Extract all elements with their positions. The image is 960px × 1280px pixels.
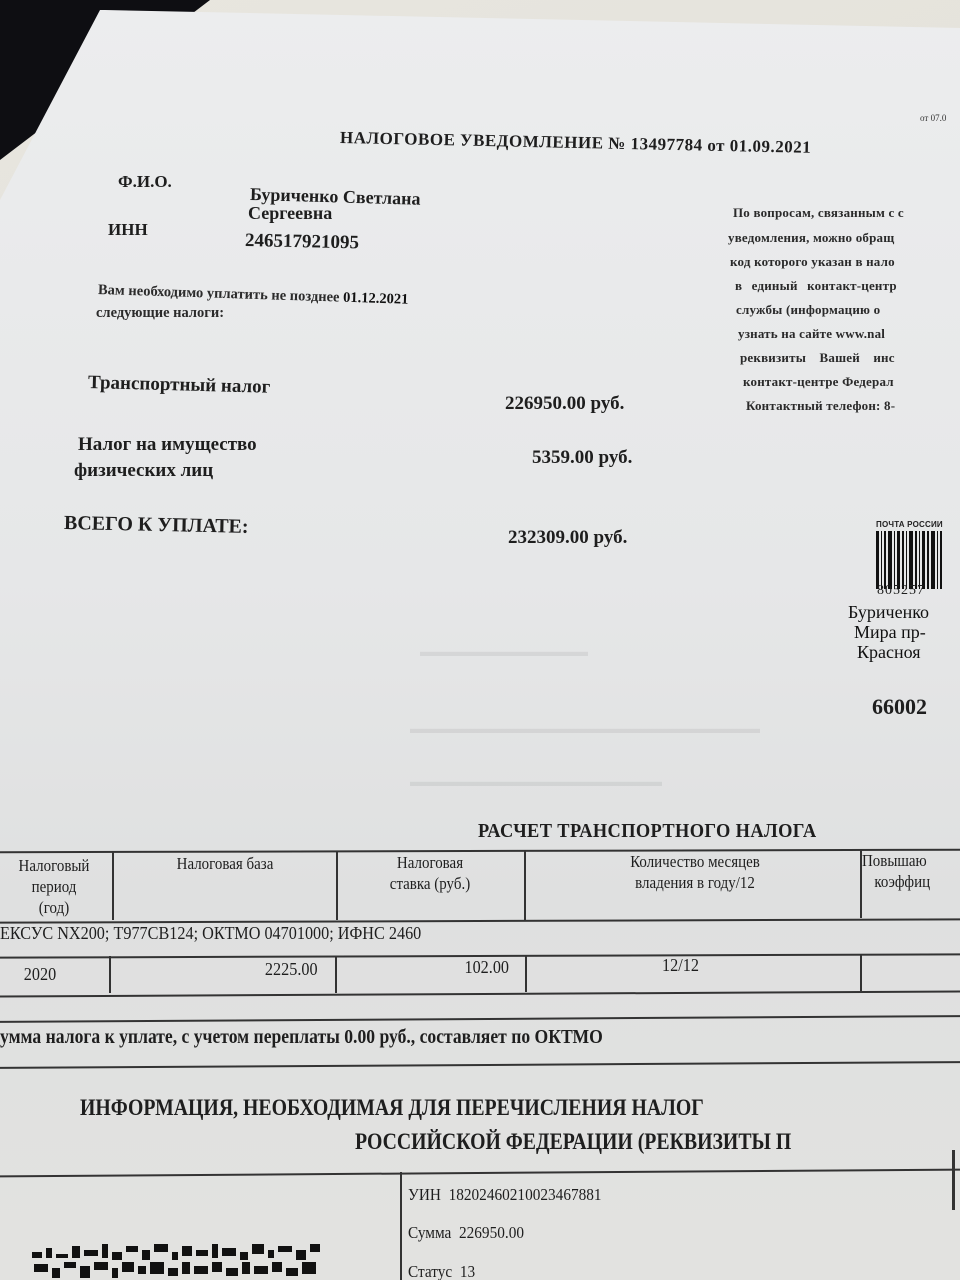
contact-info-line: уведомления, можно обращ [728,230,894,246]
sum-value: 226950.00 [459,1223,524,1242]
contact-info-line: Контактный телефон: 8- [746,398,895,414]
payment-info-title-line1: ИНФОРМАЦИЯ, НЕОБХОДИМАЯ ДЛЯ ПЕРЕЧИСЛЕНИЯ… [80,1095,704,1121]
contact-info-line: в единый контакт-центр [735,278,897,294]
cell-rate: 102.00 [464,957,509,978]
status-label: Статус [408,1262,452,1280]
sum-label: Сумма [408,1223,451,1242]
taxpayer-name-line2: Сергеевна [248,203,332,224]
col-header-coef: Повышаю коэффиц [862,850,960,892]
due-notice-prefix: Вам необходимо уплатить не позднее [98,282,340,306]
barcode-number: 805257 [877,583,925,599]
postal-barcode-block: ПОЧТА РОССИИ [876,520,944,589]
tax-label-property-line1: Налог на имущество [78,434,257,456]
transport-calc-title: РАСЧЕТ ТРАНСПОРТНОГО НАЛОГА [478,820,816,843]
address-line: Мира пр- [854,622,926,642]
document-content: от 07.0 НАЛОГОВОЕ УВЕДОМЛЕНИЕ № 13497784… [0,0,960,1280]
barcode-icon [876,531,944,589]
corner-note: от 07.0 [920,113,946,123]
header-line: ставка (руб.) [351,873,509,894]
header-line: Налоговая [351,852,509,873]
header-line: период [5,876,104,897]
due-date: 01.12.2021 [343,290,409,308]
header-line: Количество месяцев [576,851,814,872]
contact-info-line: службы (информацию о [736,302,880,318]
due-notice-line2: следующие налоги: [96,305,224,322]
address-line: Буриченко [848,602,929,622]
contact-info-line: код которого указан в нало [730,254,895,270]
contact-info-line: узнать на сайте www.nal [738,326,885,342]
payment-info-title-line2: РОССИЙСКОЙ ФЕДЕРАЦИИ (РЕКВИЗИТЫ П [355,1129,791,1155]
address-line: Красноя [857,642,921,662]
contact-info-line: По вопросам, связанным с с [733,205,904,221]
post-label: ПОЧТА РОССИИ [876,520,944,529]
cell-period: 2020 [24,964,56,985]
status-value: 13 [460,1262,475,1280]
header-line: владения в году/12 [576,872,814,893]
header-line: Повышаю [862,850,960,871]
sum-row: Сумма 226950.00 [408,1223,524,1243]
header-line: (год) [5,897,104,918]
cell-months: 12/12 [662,955,699,976]
inn-value: 246517921095 [245,230,359,254]
cell-base: 2225.00 [265,959,318,980]
total-amount: 232309.00 руб. [508,527,627,549]
tax-amount-transport: 226950.00 руб. [505,393,624,415]
tax-label-property-line2: физических лиц [74,460,213,482]
document-title: НАЛОГОВОЕ УВЕДОМЛЕНИЕ № 13497784 от 01.0… [340,128,812,158]
uin-value: 18202460210023467881 [449,1185,602,1204]
sum-to-pay-line: умма налога к уплате, с учетом переплаты… [0,1026,603,1049]
status-row: Статус 13 [408,1262,475,1280]
col-header-rate: Налоговая ставка (руб.) [351,852,509,894]
tax-amount-property: 5359.00 руб. [532,447,632,469]
qr-code-icon [30,1240,330,1280]
header-line: коэффиц [862,871,960,892]
total-label: ВСЕГО К УПЛАТЕ: [64,512,249,539]
fio-label: Ф.И.О. [118,172,172,192]
uin-row: УИН 18202460210023467881 [408,1185,602,1205]
uin-label: УИН [408,1185,441,1204]
col-header-period: Налоговый период (год) [5,855,104,918]
vehicle-row: ЕКСУС NX200; Т977СВ124; ОКТМО 04701000; … [0,923,421,944]
col-header-months: Количество месяцев владения в году/12 [576,851,814,893]
header-line: Налоговый [5,855,104,876]
contact-info-line: реквизиты Вашей инс [740,350,895,366]
postcode: 66002 [872,694,927,720]
col-header-base: Налоговая база [137,853,313,874]
header-line: Налоговая база [137,853,313,874]
inn-label: ИНН [108,220,148,240]
tax-label-transport: Транспортный налог [88,372,271,399]
contact-info-line: контакт-центре Федерал [743,374,894,390]
